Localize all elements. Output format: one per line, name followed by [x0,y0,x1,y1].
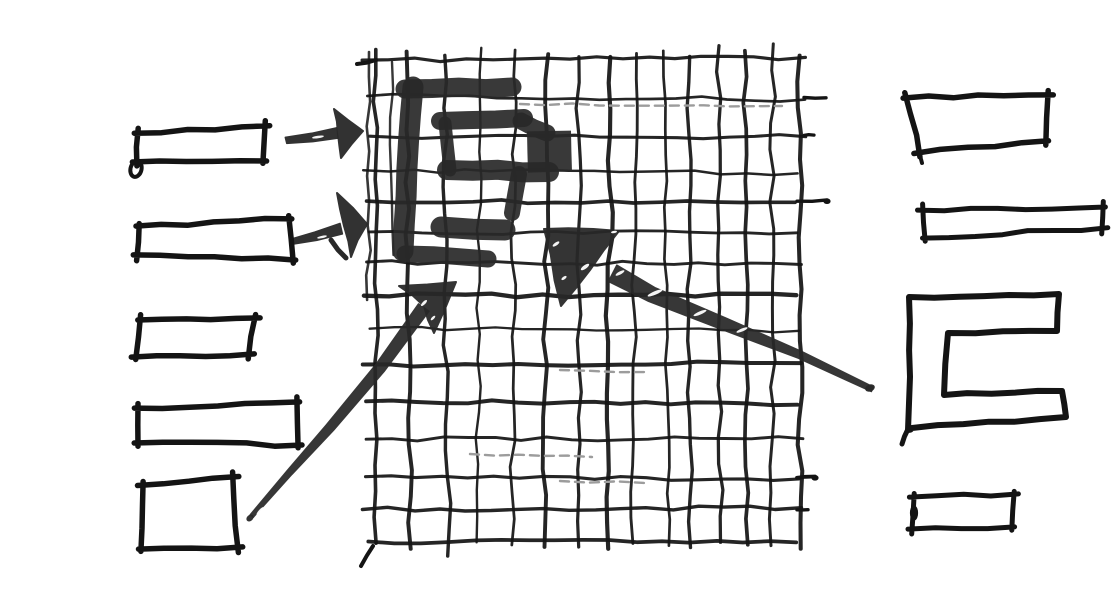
bracket-outline [908,294,1066,430]
corner-loop [129,160,144,178]
right-palette [902,91,1108,534]
arrow-shaft [250,304,429,517]
sketch-stage [0,0,1120,600]
item-outline [138,472,243,553]
palette-item-right-1[interactable] [903,91,1053,163]
palette-item-left-4[interactable] [134,397,302,448]
palette-item-right-4[interactable] [908,491,1018,534]
corner-tail [902,429,908,444]
arrow-shaft [609,265,874,391]
palette-item-right-2[interactable] [918,202,1108,242]
arrow-head [334,109,363,158]
palette-item-left-2[interactable] [133,216,295,263]
grid-line-extra [390,62,394,255]
corner-tick [920,154,922,163]
sketch-svg [0,0,1120,600]
grid-line-vertical [576,57,581,547]
grid-line-vertical [797,56,802,549]
item-outline [133,216,295,263]
grid-line-vertical [743,51,748,545]
palette-item-left-5[interactable] [138,472,243,553]
grid-line-horizontal [366,437,803,441]
grid-line-horizontal [362,56,805,61]
glyph-stroke [512,174,519,213]
grid-stub [797,200,827,201]
grid-line-horizontal [366,400,797,405]
glyph-stroke [403,87,413,251]
annotation-arrow-right [544,228,876,393]
grid-line-faint [470,454,592,457]
grid-line-horizontal [370,135,806,139]
insertion-arrow-2 [292,193,367,258]
palette-item-left-3[interactable] [131,315,260,360]
grid-line-vertical [606,57,613,549]
item-outline [131,315,260,360]
grid-stub-blob [811,475,818,481]
grid-line-vertical [631,53,638,543]
arrow-spur [331,240,346,258]
grid-line-faint [560,370,648,372]
item-outline [918,202,1108,242]
item-outline [134,397,302,448]
glyph-stroke [441,227,505,230]
grid-line-horizontal [366,476,800,481]
glyph-stroke [405,87,512,89]
grid-stub [804,135,814,136]
glyph-stroke [549,131,550,172]
glyph-stroke [405,254,488,259]
grid-stub-blob [823,198,830,204]
palette-item-left-1[interactable] [129,121,270,178]
item-outline [903,91,1053,157]
grid-line-horizontal [362,506,801,511]
grid-line-horizontal [363,362,801,367]
grid-stub [804,98,826,99]
item-outline [132,121,269,166]
grid-line-horizontal [368,540,796,544]
insertion-arrow-1 [285,109,363,158]
grid-corner-tick [361,546,373,566]
glyph-stroke [440,118,524,121]
arrow-head [337,193,367,257]
palette-item-right-3[interactable] [902,294,1066,444]
item-outline [908,491,1018,534]
arrow-shaft [285,128,338,144]
